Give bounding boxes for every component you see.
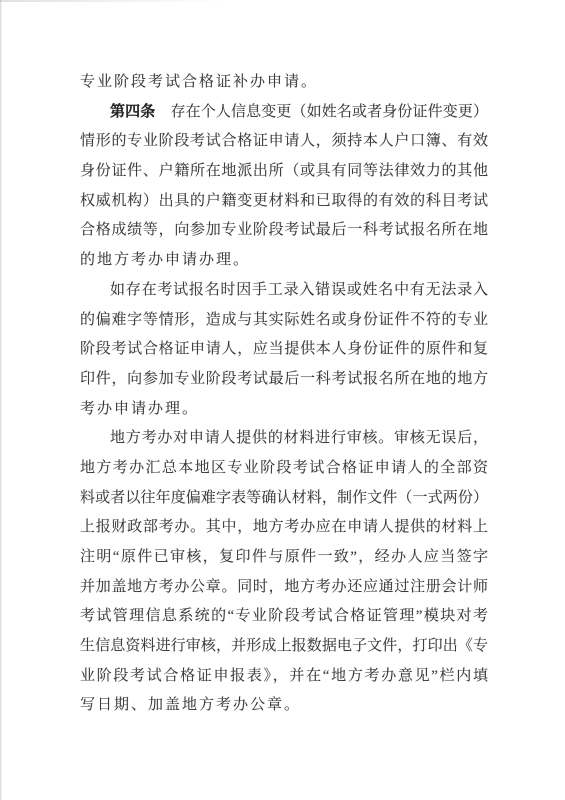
text-segment: 阶段考试合格证申请人，应当提供本人身份证件的原件和复 xyxy=(80,341,488,357)
text-line: 考办申请办理。 xyxy=(80,395,488,425)
text-segment: 料或者以往年度偏难字表等确认材料，制作文件（一式两份） xyxy=(80,490,488,506)
text-line: 料或者以往年度偏难字表等确认材料，制作文件（一式两份） xyxy=(80,484,488,514)
text-segment: 身份证件、户籍所在地派出所（或具有同等法律效力的其他 xyxy=(80,163,488,179)
text-line: 地方考办对申请人提供的材料进行审核。审核无误后， xyxy=(80,424,488,454)
text-segment: 生信息资料进行审核，并形成上报数据电子文件，打印出《专 xyxy=(80,638,488,654)
text-line: 考试管理信息系统的“专业阶段考试合格证管理”模块对考 xyxy=(80,602,488,632)
text-line: 第四条 存在个人信息变更（如姓名或者身份证件变更） xyxy=(80,98,488,128)
text-line: 注明“原件已审核，复印件与原件一致”，经办人应当签字 xyxy=(80,543,488,573)
text-segment: 并加盖地方考办公章。同时，地方考办还应通过注册会计师 xyxy=(80,579,488,595)
document-body: 专业阶段考试合格证补办申请。第四条 存在个人信息变更（如姓名或者身份证件变更）情… xyxy=(80,68,488,721)
scan-edge-left-artifact xyxy=(0,0,3,800)
text-segment: 合格成绩等，向参加专业阶段考试最后一科考试报名所在地 xyxy=(80,222,488,238)
text-segment: 业阶段考试合格证申报表》，并在“地方考办意见”栏内填 xyxy=(80,668,488,684)
scan-edge-top-artifact xyxy=(0,0,226,2)
text-segment: 上报财政部考办。其中，地方考办应在申请人提供的材料上 xyxy=(80,519,488,535)
text-line: 的偏难字等情形，造成与其实际姓名或身份证件不符的专业 xyxy=(80,306,488,336)
text-segment: 注明“原件已审核，复印件与原件一致”，经办人应当签字 xyxy=(80,549,488,565)
text-segment: 权威机构）出具的户籍变更材料和已取得的有效的科目考试 xyxy=(80,193,488,209)
text-line: 阶段考试合格证申请人，应当提供本人身份证件的原件和复 xyxy=(80,335,488,365)
text-line: 并加盖地方考办公章。同时，地方考办还应通过注册会计师 xyxy=(80,573,488,603)
text-line: 写日期、加盖地方考办公章。 xyxy=(80,691,488,721)
text-line: 情形的专业阶段考试合格证申请人，须持本人户口簿、有效 xyxy=(80,127,488,157)
text-line: 如存在考试报名时因手工录入错误或姓名中有无法录入 xyxy=(80,276,488,306)
text-line: 印件，向参加专业阶段考试最后一科考试报名所在地的地方 xyxy=(80,365,488,395)
text-segment: 的地方考办申请办理。 xyxy=(80,252,250,268)
text-line: 身份证件、户籍所在地派出所（或具有同等法律效力的其他 xyxy=(80,157,488,187)
text-line: 业阶段考试合格证申报表》，并在“地方考办意见”栏内填 xyxy=(80,662,488,692)
text-line: 合格成绩等，向参加专业阶段考试最后一科考试报名所在地 xyxy=(80,216,488,246)
text-segment: 地方考办汇总本地区专业阶段考试合格证申请人的全部资 xyxy=(80,460,488,476)
text-segment: 情形的专业阶段考试合格证申请人，须持本人户口簿、有效 xyxy=(80,133,488,149)
text-segment: 存在个人信息变更（如姓名或者身份证件变更） xyxy=(155,104,488,120)
text-line: 专业阶段考试合格证补办申请。 xyxy=(80,68,488,98)
text-line: 的地方考办申请办理。 xyxy=(80,246,488,276)
text-segment: 考试管理信息系统的“专业阶段考试合格证管理”模块对考 xyxy=(80,608,488,624)
text-line: 权威机构）出具的户籍变更材料和已取得的有效的科目考试 xyxy=(80,187,488,217)
document-page: 专业阶段考试合格证补办申请。第四条 存在个人信息变更（如姓名或者身份证件变更）情… xyxy=(0,0,565,800)
bold-text-segment: 第四条 xyxy=(110,104,155,120)
text-segment: 的偏难字等情形，造成与其实际姓名或身份证件不符的专业 xyxy=(80,312,488,328)
text-line: 生信息资料进行审核，并形成上报数据电子文件，打印出《专 xyxy=(80,632,488,662)
text-line: 上报财政部考办。其中，地方考办应在申请人提供的材料上 xyxy=(80,513,488,543)
text-segment: 地方考办对申请人提供的材料进行审核。审核无误后， xyxy=(110,430,488,446)
text-segment: 专业阶段考试合格证补办申请。 xyxy=(80,74,318,90)
text-segment: 印件，向参加专业阶段考试最后一科考试报名所在地的地方 xyxy=(80,371,488,387)
text-segment: 考办申请办理。 xyxy=(80,401,199,417)
text-segment: 写日期、加盖地方考办公章。 xyxy=(80,697,301,713)
text-line: 地方考办汇总本地区专业阶段考试合格证申请人的全部资 xyxy=(80,454,488,484)
text-segment: 如存在考试报名时因手工录入错误或姓名中有无法录入 xyxy=(110,282,488,298)
